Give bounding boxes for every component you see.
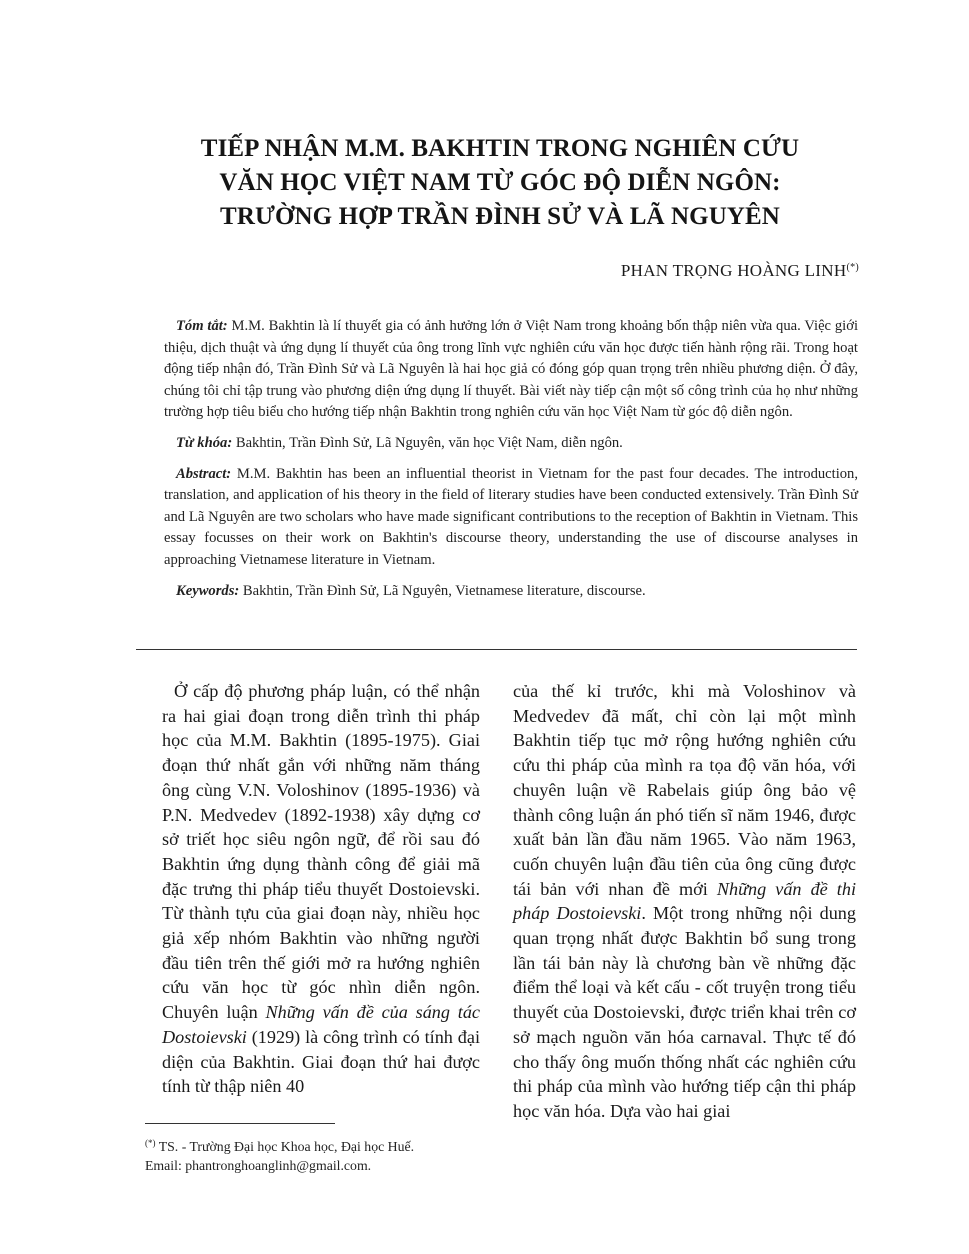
title-line-3: TRƯỜNG HỢP TRẦN ĐÌNH SỬ VÀ LÃ NGUYÊN bbox=[150, 200, 850, 234]
keywords-vi-text: Bakhtin, Trần Đình Sử, Lã Nguyên, văn họ… bbox=[232, 435, 623, 451]
footnote-affiliation: (*) TS. - Trường Đại học Khoa học, Đại h… bbox=[145, 1134, 485, 1156]
footnote-marker: (*) bbox=[145, 1138, 156, 1148]
abstract-text: M.M. Bakhtin has been an influential the… bbox=[164, 466, 858, 568]
body-column-right: của thế kỉ trước, khi mà Voloshinov và M… bbox=[513, 679, 856, 1124]
keywords-en-label: Keywords: bbox=[176, 583, 239, 599]
english-abstract: Abstract: M.M. Bakhtin has been an influ… bbox=[164, 464, 858, 572]
affiliation-text: TS. - Trường Đại học Khoa học, Đại học H… bbox=[156, 1139, 415, 1154]
summary-label: Tóm tắt: bbox=[176, 318, 228, 334]
author-line: PHAN TRỌNG HOÀNG LINH(*) bbox=[621, 261, 859, 281]
english-keywords: Keywords: Bakhtin, Trần Đình Sử, Lã Nguy… bbox=[164, 581, 858, 603]
abstract-block: Tóm tắt: M.M. Bakhtin là lí thuyết gia c… bbox=[164, 316, 858, 611]
title-line-1: TIẾP NHẬN M.M. BAKHTIN TRONG NGHIÊN CỨU bbox=[150, 132, 850, 166]
body-paragraph: của thế kỉ trước, khi mà Voloshinov và M… bbox=[513, 679, 856, 1124]
footnote-divider bbox=[145, 1123, 335, 1124]
body-paragraph: Ở cấp độ phương pháp luận, có thể nhận r… bbox=[162, 679, 480, 1099]
section-divider bbox=[136, 649, 857, 650]
body-text: Ở cấp độ phương pháp luận, có thể nhận r… bbox=[162, 681, 480, 1022]
abstract-label: Abstract: bbox=[176, 466, 231, 482]
vietnamese-summary: Tóm tắt: M.M. Bakhtin là lí thuyết gia c… bbox=[164, 316, 858, 424]
body-text: . Một trong những nội dung quan trọng nh… bbox=[513, 903, 856, 1121]
footnote: (*) TS. - Trường Đại học Khoa học, Đại h… bbox=[145, 1134, 485, 1175]
vietnamese-keywords: Từ khóa: Bakhtin, Trần Đình Sử, Lã Nguyê… bbox=[164, 433, 858, 455]
title-line-2: VĂN HỌC VIỆT NAM TỪ GÓC ĐỘ DIỄN NGÔN: bbox=[150, 166, 850, 200]
body-text: của thế kỉ trước, khi mà Voloshinov và M… bbox=[513, 681, 856, 899]
keywords-en-text: Bakhtin, Trần Đình Sử, Lã Nguyên, Vietna… bbox=[239, 583, 645, 599]
author-name: PHAN TRỌNG HOÀNG LINH bbox=[621, 261, 847, 280]
body-column-left: Ở cấp độ phương pháp luận, có thể nhận r… bbox=[162, 679, 480, 1099]
footnote-email: Email: phantronghoanglinh@gmail.com. bbox=[145, 1156, 485, 1175]
summary-text: M.M. Bakhtin là lí thuyết gia có ảnh hưở… bbox=[164, 318, 858, 420]
keywords-vi-label: Từ khóa: bbox=[176, 435, 232, 451]
article-title: TIẾP NHẬN M.M. BAKHTIN TRONG NGHIÊN CỨU … bbox=[150, 132, 850, 234]
author-footnote-marker: (*) bbox=[846, 262, 859, 273]
